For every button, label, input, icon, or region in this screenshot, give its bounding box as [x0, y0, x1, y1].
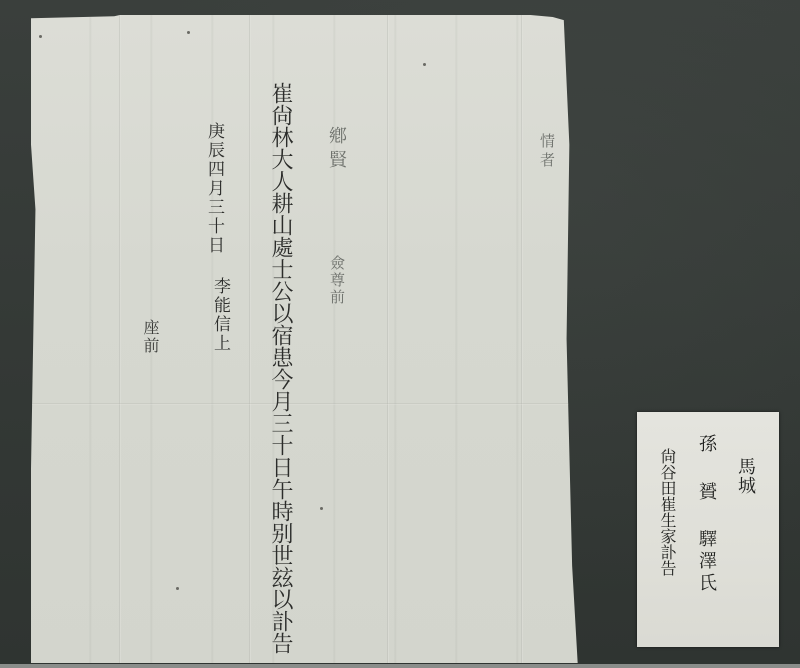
fold-line	[31, 403, 586, 405]
letter-recipient-honorific: 僉尊前	[329, 255, 344, 306]
letter-main-text: 崔尙林大人耕山處士公以宿患今月三十日午時别世玆以訃告	[269, 82, 291, 654]
fold-line	[521, 15, 523, 663]
letter-recipient: 鄕賢	[327, 126, 345, 174]
letter-margin-note: 情者	[539, 133, 554, 171]
letter-date: 庚辰四月三十日	[205, 122, 222, 255]
obituary-letter-sheet: 庚辰四月三十日 李能信上 座前 崔尙林大人耕山處士公以宿患今月三十日午時别世玆以…	[31, 15, 586, 663]
fold-line	[387, 15, 389, 663]
envelope-sender: 尙谷田崔生家訃告	[659, 448, 675, 576]
fold-line	[249, 15, 251, 663]
envelope-recipient-prefix: 孫	[697, 434, 715, 453]
obituary-envelope: 馬城 孫 贇 驛澤氏 尙谷田崔生家訃告	[637, 412, 779, 647]
fold-line	[119, 15, 121, 663]
paper-speck	[176, 587, 179, 590]
paper-speck	[187, 31, 190, 34]
envelope-place: 馬城	[736, 457, 754, 495]
paper-speck	[423, 63, 426, 66]
envelope-recipient-name: 贇 驛澤氏	[697, 482, 715, 595]
bottom-edge	[0, 664, 800, 668]
paper-speck	[320, 507, 323, 510]
letter-salutation: 座前	[142, 319, 158, 355]
paper-speck	[39, 35, 42, 38]
letter-sender: 李能信上	[211, 277, 228, 353]
